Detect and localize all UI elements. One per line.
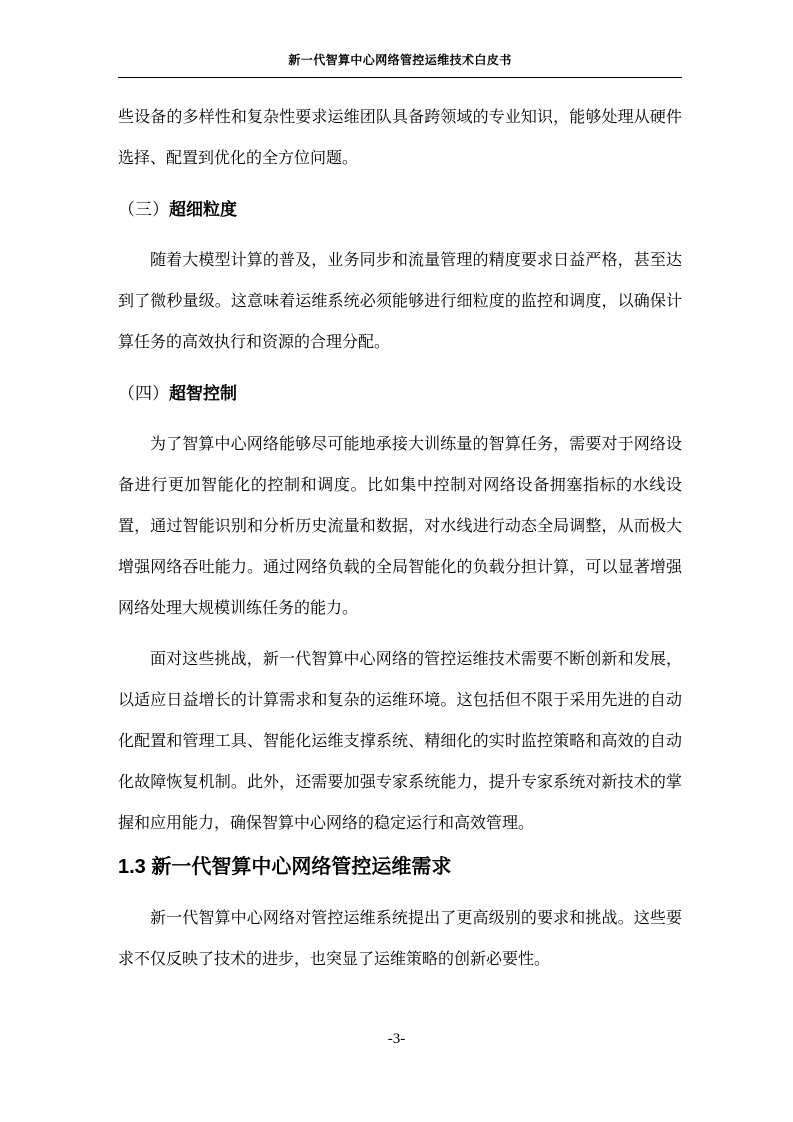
section-heading-4: （四）超智控制 bbox=[118, 373, 682, 414]
document-content: 些设备的多样性和复杂性要求运维团队具备跨领域的专业知识，能够处理从硬件选择、配置… bbox=[118, 78, 682, 990]
page-footer: -3- bbox=[0, 1031, 793, 1048]
paragraph-requirements: 新一代智算中心网络对管控运维系统提出了更高级别的要求和挑战。这些要求不仅反映了技… bbox=[118, 898, 682, 980]
section-heading-4-prefix: （四） bbox=[118, 384, 169, 403]
paragraph-fine-granularity: 随着大模型计算的普及，业务同步和流量管理的精度要求日益严格，甚至达到了微秒量级。… bbox=[118, 240, 682, 363]
section-heading-3-title: 超细粒度 bbox=[169, 200, 237, 219]
section-heading-1-3: 1.3 新一代智算中心网络管控运维需求 bbox=[118, 847, 682, 888]
paragraph-smart-control: 为了智算中心网络能够尽可能地承接大训练量的智算任务，需要对于网络设备进行更加智能… bbox=[118, 424, 682, 629]
section-heading-3: （三）超细粒度 bbox=[118, 189, 682, 230]
page-number: -3- bbox=[388, 1031, 406, 1047]
document-page: 新一代智算中心网络管控运维技术白皮书 些设备的多样性和复杂性要求运维团队具备跨领… bbox=[0, 0, 793, 1122]
section-heading-4-title: 超智控制 bbox=[169, 384, 237, 403]
paragraph-challenges: 面对这些挑战，新一代智算中心网络的管控运维技术需要不断创新和发展，以适应日益增长… bbox=[118, 639, 682, 844]
section-heading-3-prefix: （三） bbox=[118, 200, 169, 219]
header-title: 新一代智算中心网络管控运维技术白皮书 bbox=[118, 51, 682, 68]
paragraph-continuation: 些设备的多样性和复杂性要求运维团队具备跨领域的专业知识，能够处理从硬件选择、配置… bbox=[118, 97, 682, 179]
